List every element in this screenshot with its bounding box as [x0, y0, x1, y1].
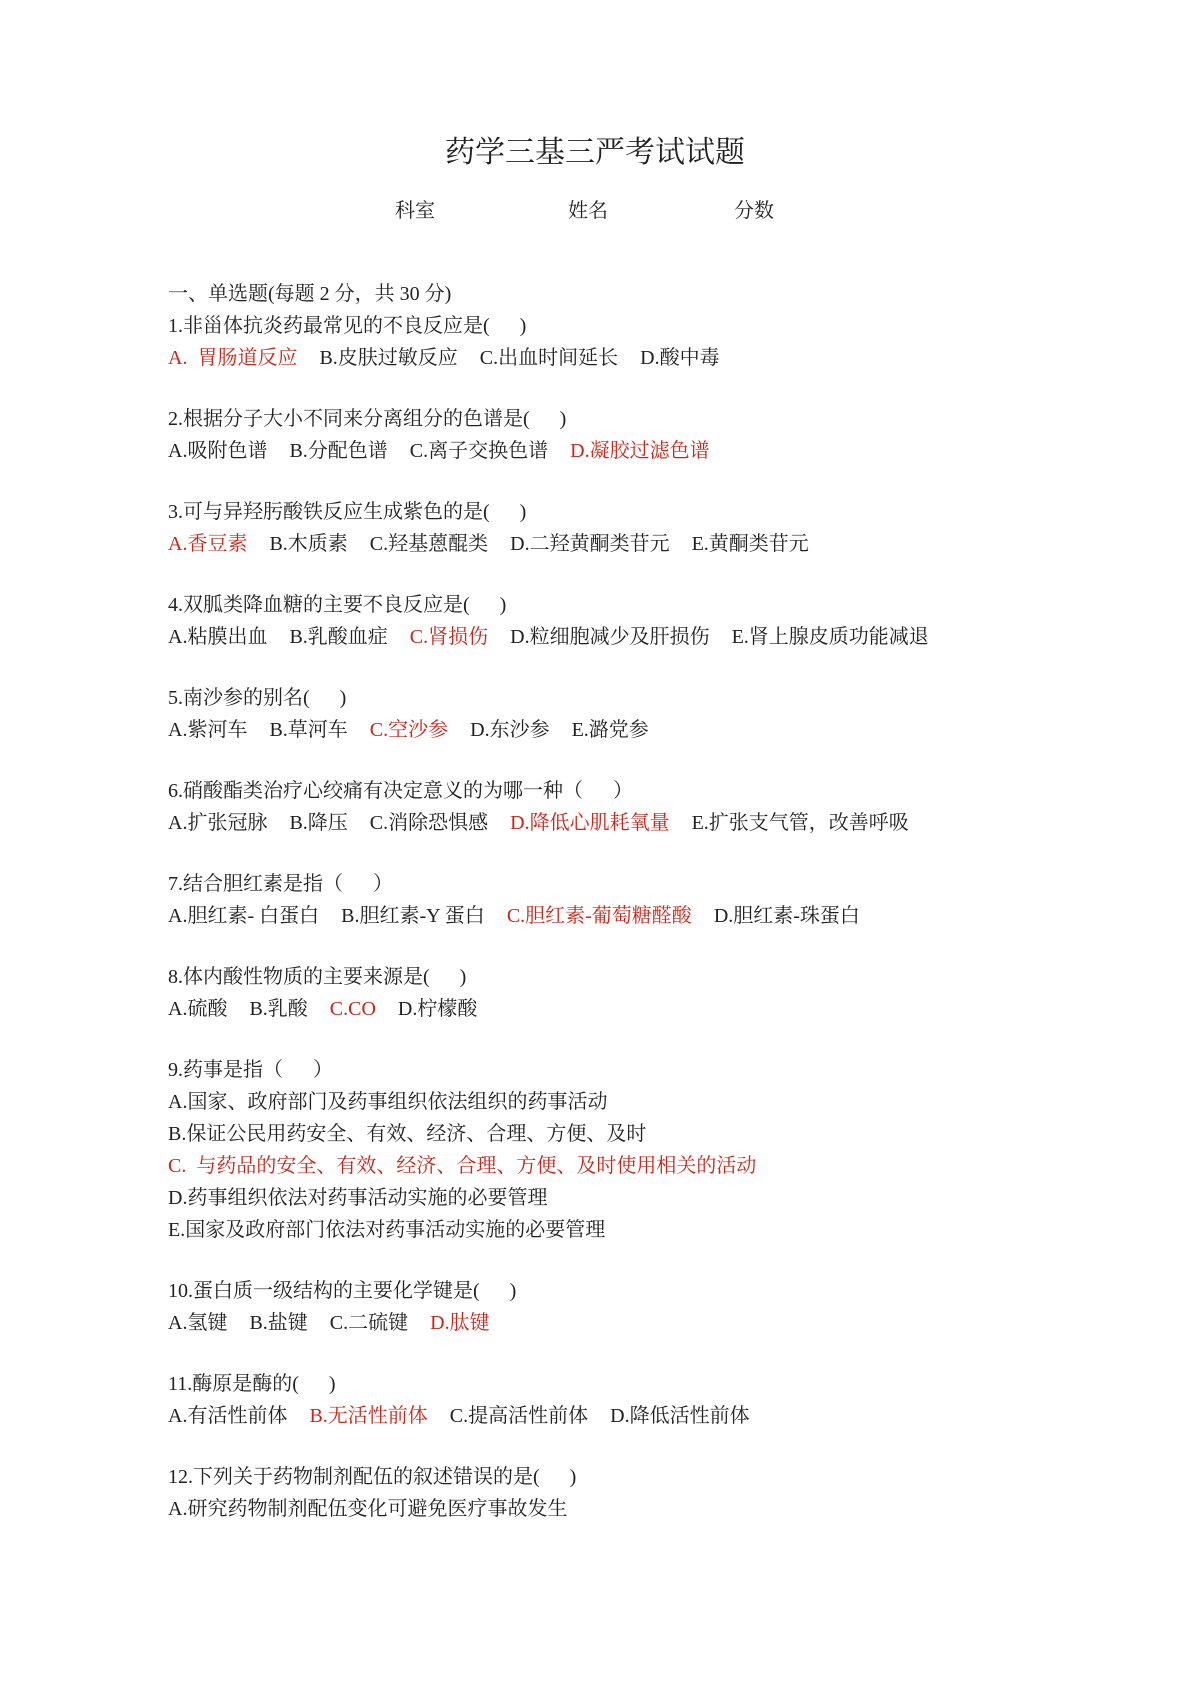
answer-option: A.国家、政府部门及药事组织依法组织的药事活动 [168, 1086, 607, 1118]
answer-option-highlighted: C. 与药品的安全、有效、经济、合理、方便、及时使用相关的活动 [168, 1150, 756, 1182]
question-block: 2.根据分子大小不同来分离组分的色谱是( )A.吸附色谱B.分配色谱C.离子交换… [168, 403, 1022, 467]
answer-option: A.吸附色谱 [168, 435, 267, 467]
question-text: 8.体内酸性物质的主要来源是( ) [168, 961, 1022, 993]
option-line: B.保证公民用药安全、有效、经济、合理、方便、及时 [168, 1118, 1022, 1150]
option-line: A. 胃肠道反应B.皮肤过敏反应C.出血时间延长D.酸中毒 [168, 342, 1022, 374]
answer-option: E.国家及政府部门依法对药事活动实施的必要管理 [168, 1214, 605, 1246]
answer-option-highlighted: C.肾损伤 [410, 621, 488, 653]
option-line: A.国家、政府部门及药事组织依法组织的药事活动 [168, 1086, 1022, 1118]
option-line: C. 与药品的安全、有效、经济、合理、方便、及时使用相关的活动 [168, 1150, 1022, 1182]
answer-option: C.羟基蒽醌类 [370, 528, 488, 560]
question-block: 11.酶原是酶的( )A.有活性前体B.无活性前体C.提高活性前体D.降低活性前… [168, 1368, 1022, 1432]
option-line: A.有活性前体B.无活性前体C.提高活性前体D.降低活性前体 [168, 1400, 1022, 1432]
option-line: A.胆红素- 白蛋白B.胆红素-Y 蛋白C.胆红素-葡萄糖醛酸D.胆红素-珠蛋白 [168, 900, 1022, 932]
answer-option: B.草河车 [269, 714, 347, 746]
answer-option: A.研究药物制剂配伍变化可避免医疗事故发生 [168, 1493, 567, 1525]
option-line: A.紫河车B.草河车C.空沙参D.东沙参E.潞党参 [168, 714, 1022, 746]
question-block: 5.南沙参的别名( )A.紫河车B.草河车C.空沙参D.东沙参E.潞党参 [168, 682, 1022, 746]
score-field-label: 分数 [734, 198, 774, 224]
exam-paper-page: 药学三基三严考试试题 科室 姓名 分数 一、单选题(每题 2 分，共 30 分)… [0, 0, 1190, 1683]
answer-option: B.木质素 [269, 528, 347, 560]
question-text: 2.根据分子大小不同来分离组分的色谱是( ) [168, 403, 1022, 435]
question-block: 7.结合胆红素是指（ ）A.胆红素- 白蛋白B.胆红素-Y 蛋白C.胆红素-葡萄… [168, 868, 1022, 932]
question-text: 5.南沙参的别名( ) [168, 682, 1022, 714]
option-line: A.氢键B.盐键C.二硫键D.肽键 [168, 1307, 1022, 1339]
answer-option: B.胆红素-Y 蛋白 [341, 900, 485, 932]
answer-option: D.粒细胞减少及肝损伤 [510, 621, 709, 653]
answer-option: B.保证公民用药安全、有效、经济、合理、方便、及时 [168, 1118, 646, 1150]
page-title: 药学三基三严考试试题 [168, 133, 1022, 173]
answer-option-highlighted: D.凝胶过滤色谱 [570, 435, 709, 467]
question-block: 6.硝酸酯类治疗心绞痛有决定意义的为哪一种（ ）A.扩张冠脉B.降压C.消除恐惧… [168, 775, 1022, 839]
option-line: E.国家及政府部门依法对药事活动实施的必要管理 [168, 1214, 1022, 1246]
question-text: 9.药事是指（ ） [168, 1054, 1022, 1086]
answer-option: D.东沙参 [470, 714, 549, 746]
option-line: A.吸附色谱B.分配色谱C.离子交换色谱D.凝胶过滤色谱 [168, 435, 1022, 467]
answer-option-highlighted: C.胆红素-葡萄糖醛酸 [507, 900, 692, 932]
name-field-label: 姓名 [568, 198, 608, 224]
answer-option-highlighted: B.无活性前体 [309, 1400, 427, 1432]
question-block: 12.下列关于药物制剂配伍的叙述错误的是( )A.研究药物制剂配伍变化可避免医疗… [168, 1461, 1022, 1525]
option-line: A.香豆素B.木质素C.羟基蒽醌类D.二羟黄酮类苷元E.黄酮类苷元 [168, 528, 1022, 560]
answer-option: D.酸中毒 [640, 342, 719, 374]
option-line: A.硫酸B.乳酸C.COD.柠檬酸 [168, 993, 1022, 1025]
answer-option: A.胆红素- 白蛋白 [168, 900, 319, 932]
answer-option: A.硫酸 [168, 993, 227, 1025]
answer-option: E.扩张支气管，改善呼吸 [692, 807, 909, 839]
question-block: 3.可与异羟肟酸铁反应生成紫色的是( )A.香豆素B.木质素C.羟基蒽醌类D.二… [168, 496, 1022, 560]
question-text: 12.下列关于药物制剂配伍的叙述错误的是( ) [168, 1461, 1022, 1493]
answer-option: D.二羟黄酮类苷元 [510, 528, 669, 560]
question-block: 8.体内酸性物质的主要来源是( )A.硫酸B.乳酸C.COD.柠檬酸 [168, 961, 1022, 1025]
exam-content: 一、单选题(每题 2 分，共 30 分) 1.非甾体抗炎药最常见的不良反应是( … [168, 278, 1022, 1525]
answer-option: B.降压 [289, 807, 347, 839]
option-line: A.研究药物制剂配伍变化可避免医疗事故发生 [168, 1493, 1022, 1525]
answer-option: A.氢键 [168, 1307, 227, 1339]
answer-option-highlighted: A. 胃肠道反应 [168, 342, 297, 374]
answer-option: D.降低活性前体 [610, 1400, 749, 1432]
question-text: 4.双胍类降血糖的主要不良反应是( ) [168, 589, 1022, 621]
department-field-label: 科室 [395, 198, 435, 224]
answer-option: C.二硫键 [330, 1307, 408, 1339]
answer-option: A.粘膜出血 [168, 621, 267, 653]
answer-option: B.乳酸血症 [289, 621, 387, 653]
answer-option-highlighted: D.肽键 [430, 1307, 489, 1339]
question-text: 6.硝酸酯类治疗心绞痛有决定意义的为哪一种（ ） [168, 775, 1022, 807]
question-block: 1.非甾体抗炎药最常见的不良反应是( )A. 胃肠道反应B.皮肤过敏反应C.出血… [168, 310, 1022, 374]
answer-option: C.提高活性前体 [450, 1400, 588, 1432]
answer-option: C.离子交换色谱 [410, 435, 548, 467]
answer-option: B.乳酸 [249, 993, 307, 1025]
exam-header-fields: 科室 姓名 分数 [168, 198, 1022, 224]
answer-option: B.皮肤过敏反应 [319, 342, 457, 374]
answer-option: B.盐键 [249, 1307, 307, 1339]
question-text: 11.酶原是酶的( ) [168, 1368, 1022, 1400]
question-block: 9.药事是指（ ）A.国家、政府部门及药事组织依法组织的药事活动B.保证公民用药… [168, 1054, 1022, 1246]
answer-option: E.黄酮类苷元 [692, 528, 809, 560]
answer-option: C.消除恐惧感 [370, 807, 488, 839]
question-text: 1.非甾体抗炎药最常见的不良反应是( ) [168, 310, 1022, 342]
answer-option-highlighted: C.空沙参 [370, 714, 448, 746]
option-line: D.药事组织依法对药事活动实施的必要管理 [168, 1182, 1022, 1214]
question-list: 1.非甾体抗炎药最常见的不良反应是( )A. 胃肠道反应B.皮肤过敏反应C.出血… [168, 310, 1022, 1525]
answer-option: C.出血时间延长 [480, 342, 618, 374]
section-title: 一、单选题(每题 2 分，共 30 分) [168, 278, 1022, 310]
answer-option-highlighted: A.香豆素 [168, 528, 247, 560]
option-line: A.粘膜出血B.乳酸血症C.肾损伤D.粒细胞减少及肝损伤E.肾上腺皮质功能减退 [168, 621, 1022, 653]
answer-option: A.有活性前体 [168, 1400, 287, 1432]
answer-option: D.药事组织依法对药事活动实施的必要管理 [168, 1182, 547, 1214]
answer-option: A.紫河车 [168, 714, 247, 746]
answer-option: B.分配色谱 [289, 435, 387, 467]
question-block: 10.蛋白质一级结构的主要化学键是( )A.氢键B.盐键C.二硫键D.肽键 [168, 1275, 1022, 1339]
option-line: A.扩张冠脉B.降压C.消除恐惧感D.降低心肌耗氧量E.扩张支气管，改善呼吸 [168, 807, 1022, 839]
question-text: 10.蛋白质一级结构的主要化学键是( ) [168, 1275, 1022, 1307]
answer-option: D.胆红素-珠蛋白 [714, 900, 860, 932]
answer-option-highlighted: C.CO [330, 993, 376, 1025]
question-block: 4.双胍类降血糖的主要不良反应是( )A.粘膜出血B.乳酸血症C.肾损伤D.粒细… [168, 589, 1022, 653]
answer-option-highlighted: D.降低心肌耗氧量 [510, 807, 669, 839]
question-text: 3.可与异羟肟酸铁反应生成紫色的是( ) [168, 496, 1022, 528]
answer-option: E.潞党参 [572, 714, 649, 746]
answer-option: E.肾上腺皮质功能减退 [732, 621, 929, 653]
question-text: 7.结合胆红素是指（ ） [168, 868, 1022, 900]
answer-option: A.扩张冠脉 [168, 807, 267, 839]
answer-option: D.柠檬酸 [398, 993, 477, 1025]
